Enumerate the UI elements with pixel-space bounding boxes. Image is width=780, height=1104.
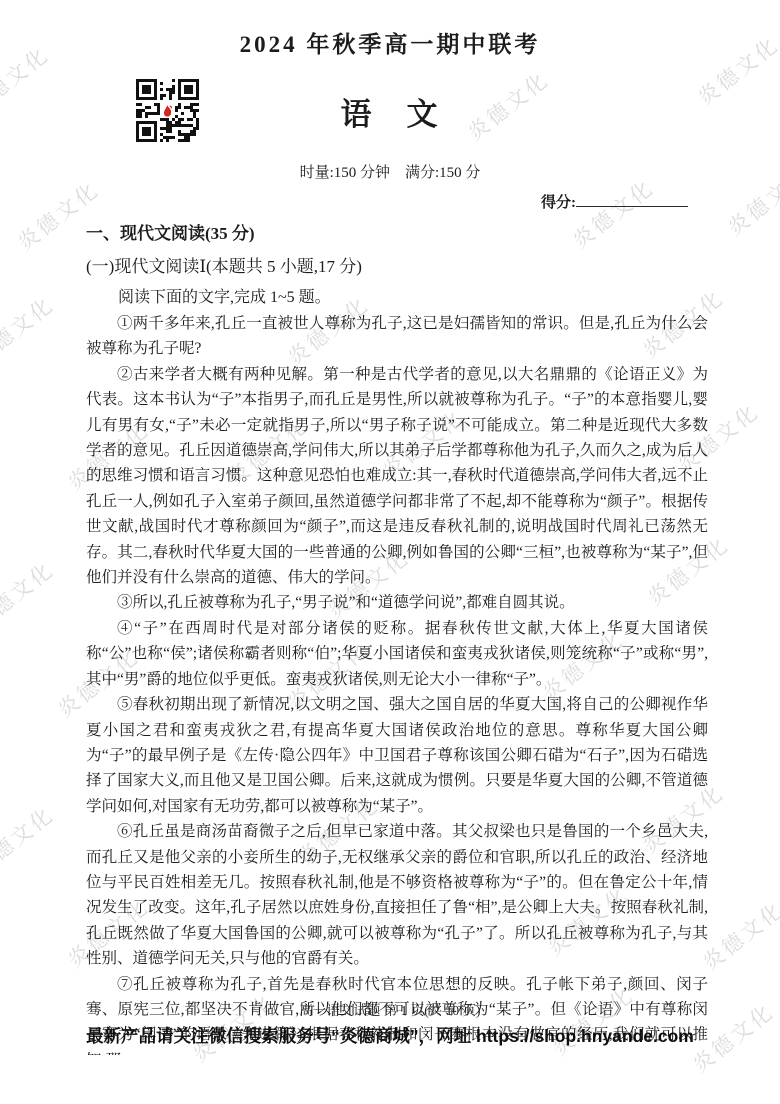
qr-center-logo (164, 105, 172, 116)
score-row: 得分: (0, 191, 780, 211)
score-blank-line (576, 193, 688, 207)
passage-paragraph: ①两千多年来,孔丘一直被世人尊称为孔子,这已是妇孺皆知的常识。但是,孔丘为什么会… (86, 311, 708, 362)
passage-paragraph: ⑤春秋初期出现了新情况,以文明之国、强大之国自居的华夏大国,将自己的公卿视作华夏… (86, 692, 708, 819)
exam-meta-line: 时量:150 分钟 满分:150 分 (0, 161, 780, 182)
footer-promo-line: 最新产品请关注微信搜索服务号“炎德商城”，网址 https://shop.hny… (0, 1023, 780, 1048)
subject-title: 语 文 (0, 89, 780, 134)
reading-instruction: 阅读下面的文字,完成 1~5 题。 (86, 284, 708, 307)
qr-code-icon (136, 79, 199, 142)
passage-paragraph: ⑥孔丘虽是商汤苗裔微子之后,但早已家道中落。其父叔梁也只是鲁国的一个乡邑大夫,而… (86, 819, 708, 971)
passage-paragraph: ③所以,孔丘被尊称为孔子,“男子说”和“道德学问说”,都难自圆其说。 (86, 590, 708, 615)
passage-paragraph: ②古来学者大概有两种见解。第一种是古代学者的意见,以大名鼎鼎的《论语正义》为代表… (86, 362, 708, 591)
subsection-heading: (一)现代文阅读Ⅰ(本题共 5 小题,17 分) (86, 252, 708, 277)
score-label: 得分: (541, 195, 576, 211)
qr-code-image (136, 79, 199, 142)
exam-content: 一、现代文阅读(35 分) (一)现代文阅读Ⅰ(本题共 5 小题,17 分) 阅… (86, 219, 708, 1055)
passage-paragraph: ④“子”在西周时代是对部分诸侯的贬称。据春秋传世文献,大体上,华夏大国诸侯称“公… (86, 616, 708, 692)
section-heading: 一、现代文阅读(35 分) (86, 219, 708, 244)
footer-page-info: 高一语文试题 第 1 页(共 10 页) (0, 999, 780, 1019)
reading-passage: ①两千多年来,孔丘一直被世人尊称为孔子,这已是妇孺皆知的常识。但是,孔丘为什么会… (86, 311, 708, 1055)
exam-paper-page: 炎德文化炎德文化炎德文化炎德文化炎德文化炎德文化炎德文化炎德文化炎德文化炎德文化… (0, 0, 780, 1104)
exam-title: 2024 年秋季高一期中联考 (0, 0, 780, 59)
